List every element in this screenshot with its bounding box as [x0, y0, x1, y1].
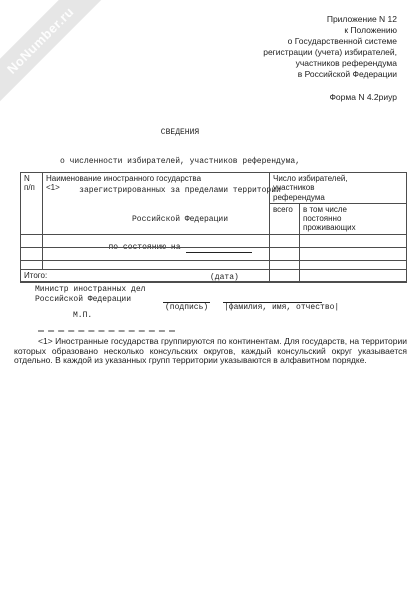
col-header-country-name: Наименование иностранного государства <1…: [43, 173, 270, 235]
col-header-permanent-residents: в том числе постоянно проживающих: [300, 203, 407, 234]
document-page: NoNumber.ru Приложение N 12 к Положению …: [0, 0, 420, 600]
col-header-voters-count: Число избирателей, участников референдум…: [270, 173, 407, 204]
col-header-total: всего: [270, 203, 300, 234]
total-permanent-value-cell: [300, 269, 407, 282]
full-name-caption: |фамилия, имя, отчество|: [224, 303, 339, 312]
header-line: регистрации (учета) избирателей,: [167, 47, 397, 58]
watermark-band: NoNumber.ru: [0, 0, 107, 107]
header-line: о Государственной системе: [167, 36, 397, 47]
header-line: Приложение N 12: [167, 14, 397, 25]
signer-position-line2: Российской Федерации: [35, 295, 131, 304]
header-line: участников референдума: [167, 58, 397, 69]
watermark-text: NoNumber.ru: [4, 4, 77, 77]
footnote-text: <1> Иностранные государства группируются…: [14, 337, 407, 366]
header-line: к Положению: [167, 25, 397, 36]
total-label: Итого:: [21, 269, 270, 282]
document-header: Приложение N 12 к Положению о Государств…: [167, 14, 397, 103]
table-row: [21, 260, 407, 269]
total-value-cell: [270, 269, 300, 282]
voters-count-table: N п/п Наименование иностранного государс…: [20, 172, 407, 283]
table-row: [21, 234, 407, 247]
signature-blank-field: [163, 294, 210, 303]
form-number-label: Форма N 4.2риур: [167, 92, 397, 103]
signer-position-line1: Министр иностранных дел: [35, 285, 145, 294]
header-line: в Российской Федерации: [167, 69, 397, 80]
total-row: Итого:: [21, 269, 407, 282]
title-line: о численности избирателей, участников ре…: [20, 157, 340, 167]
signature-caption: (подпись): [165, 303, 208, 312]
title-line: СВЕДЕНИЯ: [20, 128, 340, 138]
seal-placeholder: М.П.: [73, 311, 92, 320]
full-name-blank-field: [223, 294, 322, 303]
col-header-row-number: N п/п: [21, 173, 43, 235]
footnote-separator: [38, 330, 175, 332]
table-row: [21, 247, 407, 260]
